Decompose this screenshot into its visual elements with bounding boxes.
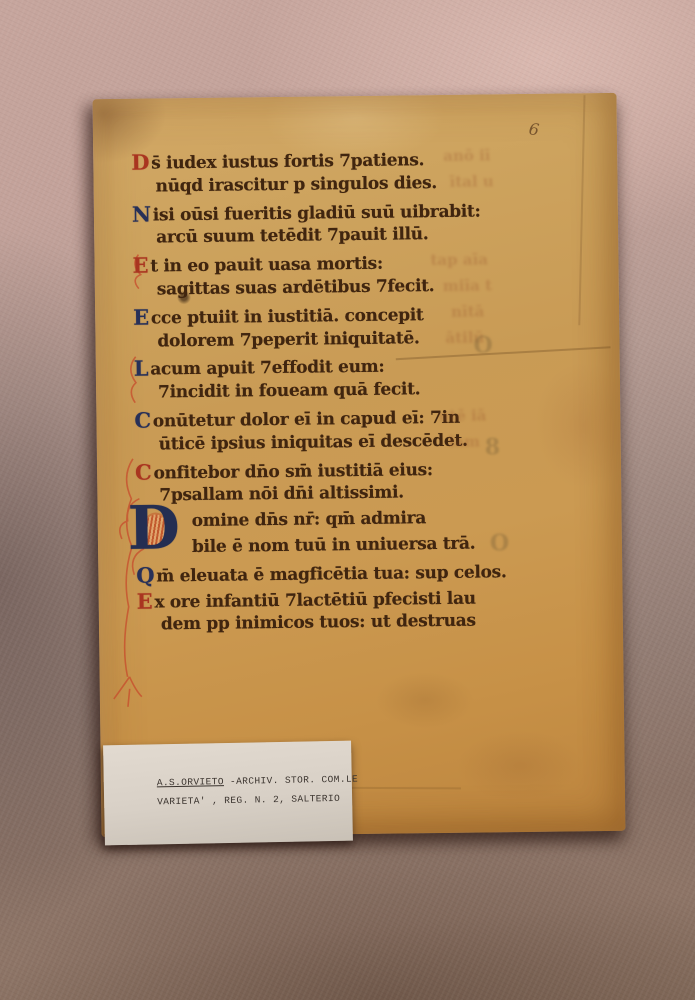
verse-initial: N [132, 201, 153, 227]
manuscript-line: dem pp inimicos tuos: ut destruas [137, 608, 577, 639]
verse-initial: Q [136, 562, 156, 588]
photo-background: 6 Ds̄ iudex iustus fortis 7patiens.nūqd … [0, 0, 695, 1000]
folio-number: 6 [528, 119, 541, 139]
ghost-roundel: 8 [485, 434, 501, 460]
verse-initial: E [132, 253, 150, 279]
archive-label-card: A.S.ORVIETO -ARCHIV. STOR. COM.LE VARIET… [103, 741, 353, 846]
verse-initial: L [134, 356, 151, 382]
crease-line [578, 95, 585, 325]
ghost-roundel: O [473, 332, 492, 358]
verse-initial: D [131, 150, 151, 176]
verse-initial: E [133, 304, 151, 330]
ghost-text: miīa t [443, 276, 492, 295]
verse-initial: E [136, 588, 154, 614]
verse-initial: C [135, 459, 154, 485]
ghost-text: tap aīa [430, 250, 488, 269]
showthrough-ghost-text: anō iīītal utap aīamiīa tnītāātilūutē iā… [93, 93, 617, 99]
label-archive-rest: -ARCHIV. STOR. COM.LE [224, 774, 358, 788]
ghost-text: ītal u [449, 172, 493, 191]
label-archive-code: A.S.ORVIETO [157, 776, 224, 788]
label-line-1: A.S.ORVIETO -ARCHIV. STOR. COM.LE [157, 774, 359, 789]
manuscript-text-block: Ds̄ iudex iustus fortis 7patiens.nūqd ir… [131, 143, 577, 638]
label-line-2: VARIETA' , REG. N. 2, SALTERIO [157, 793, 340, 808]
ghost-roundel: O [490, 530, 509, 556]
ghost-text: īam [449, 433, 481, 451]
initial-letter: D [127, 498, 180, 559]
large-initial-d: D [127, 502, 182, 563]
verse-initial: C [134, 407, 153, 433]
ghost-text: nītā [451, 302, 484, 320]
ghost-text: utē iā [438, 406, 486, 425]
ghost-text: anō iī [443, 146, 490, 165]
manuscript-leaf: 6 Ds̄ iudex iustus fortis 7patiens.nūqd … [93, 93, 626, 837]
